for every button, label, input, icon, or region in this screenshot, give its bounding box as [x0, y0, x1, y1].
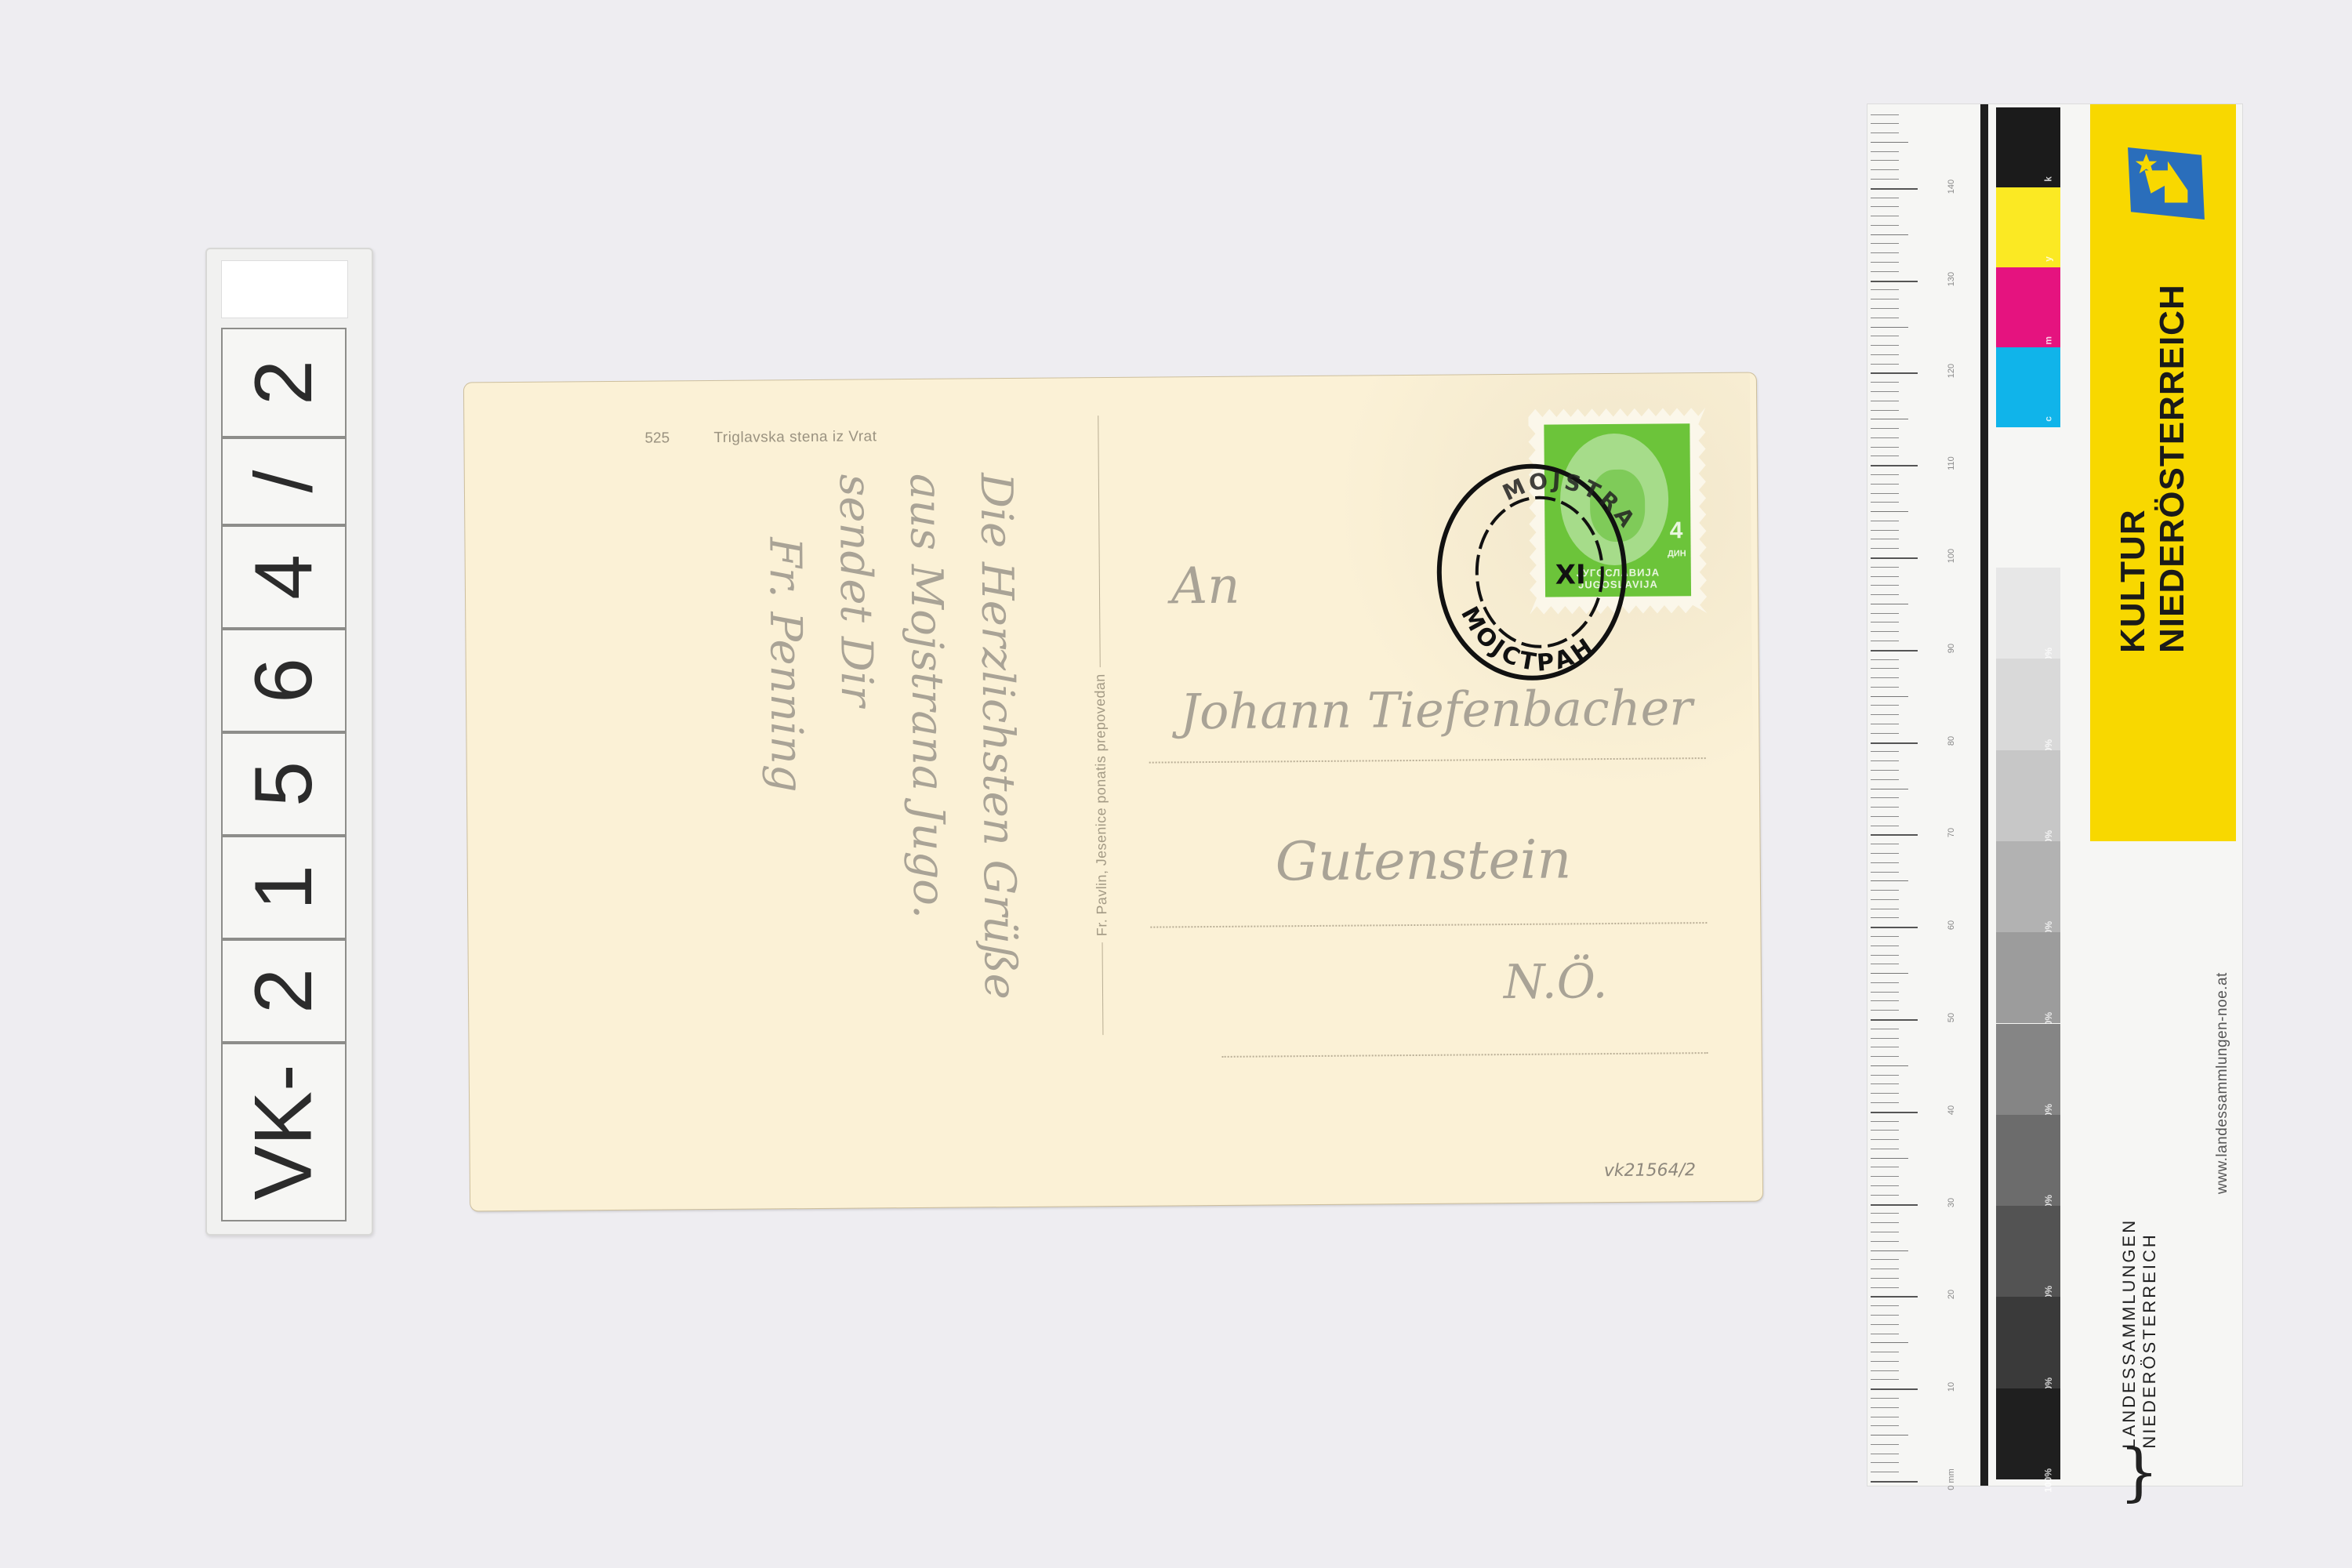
label-blank-slot: [221, 260, 348, 318]
ruler-tick: [1871, 216, 1899, 216]
stamp-value: 4: [1670, 517, 1683, 544]
cmyk-patch: y: [1996, 187, 2060, 267]
ruler-tick: [1871, 511, 1908, 512]
label-char-tile: VK-: [221, 1043, 347, 1221]
ruler-tick: [1871, 641, 1899, 641]
ruler-label: 0 mm: [1947, 1468, 1956, 1491]
ruler-tick: [1871, 114, 1899, 115]
label-char-tile: 1: [221, 836, 347, 939]
inventory-label-holder: 2 / 4 6 5 1 2 VK-: [205, 248, 373, 1236]
ruler-tick: [1871, 594, 1899, 595]
ruler-tick: [1871, 327, 1908, 328]
gray-patch: 100%: [1996, 1388, 2060, 1479]
label-char: VK-: [243, 1064, 325, 1200]
ruler-tick: [1871, 779, 1899, 780]
ruler-tick: [1871, 973, 1908, 974]
ruler-tick: [1871, 401, 1899, 401]
ruler-tick: [1871, 807, 1899, 808]
ruler-tick: [1871, 724, 1899, 724]
ruler-tick: [1871, 1269, 1899, 1269]
publisher-imprint: Fr. Pavlin, Jesenice ponatis prepovedan: [1092, 667, 1111, 942]
ruler-tick: [1871, 1454, 1899, 1454]
gray-patch: 80%: [1996, 1206, 2060, 1297]
brand-panel: KULTUR NIEDERÖSTERREICH: [2090, 104, 2236, 841]
ruler-tick: [1871, 659, 1899, 660]
ruler-tick: [1871, 650, 1918, 652]
ruler-tick: [1871, 539, 1899, 539]
ruler-tick: [1871, 1121, 1899, 1122]
ruler-tick: [1871, 816, 1899, 817]
address-region: N.Ö.: [1504, 954, 1608, 1010]
ruler-tick: [1871, 760, 1899, 761]
ruler-tick: [1871, 299, 1899, 299]
postcard-title: Triglavska stena iz Vrat: [713, 428, 877, 447]
ruler-tick: [1871, 262, 1899, 263]
label-char-tile: /: [221, 437, 347, 525]
ruler-tick: [1871, 1139, 1899, 1140]
ruler-tick: [1871, 1241, 1899, 1242]
handwritten-message: Die Herzlichsten Grüße aus Mojstrana Jug…: [583, 472, 1073, 1025]
ruler-label: 120: [1947, 359, 1956, 383]
ruler-tick: [1871, 1102, 1899, 1103]
gray-patch: 60%: [1996, 1024, 2060, 1115]
ruler-tick: [1871, 576, 1899, 577]
ruler-tick: [1871, 1361, 1899, 1362]
black-reference-bar: [1980, 104, 1988, 1486]
ruler-tick: [1871, 557, 1918, 559]
ruler-tick: [1871, 1176, 1899, 1177]
ruler-tick: [1871, 872, 1899, 873]
ruler-tick: [1871, 234, 1908, 235]
ruler-tick: [1871, 1195, 1899, 1196]
cmyk-patch: m: [1996, 267, 2060, 347]
stamp-currency: ДИН: [1668, 549, 1686, 558]
ruler-tick: [1871, 631, 1899, 632]
label-char: 1: [243, 865, 325, 910]
gray-patch: 30%: [1996, 750, 2060, 841]
ruler-tick: [1871, 946, 1899, 946]
ruler-tick: [1871, 1204, 1918, 1206]
ruler-tick: [1871, 797, 1899, 798]
ruler-tick: [1871, 271, 1899, 272]
message-line: sendet Dir: [829, 474, 882, 706]
label-char: 2: [243, 360, 325, 405]
ruler-tick: [1871, 206, 1899, 207]
gray-patch: 40%: [1996, 841, 2060, 932]
ruler-tick: [1871, 1213, 1899, 1214]
ruler-tick: [1871, 336, 1899, 336]
gray-patch: 70%: [1996, 1115, 2060, 1206]
pencil-inventory-note: vk21564/2: [1604, 1160, 1696, 1181]
ruler-label: 130: [1947, 267, 1956, 291]
ruler-tick: [1871, 521, 1899, 521]
ruler-tick: [1871, 890, 1899, 891]
ruler-tick: [1871, 604, 1908, 604]
ruler-tick: [1871, 770, 1899, 771]
ruler-tick: [1871, 1075, 1899, 1076]
institution-logo: } LANDESSAMMLUNGEN NIEDERÖSTERREICH: [2103, 1218, 2176, 1492]
ruler-tick: [1871, 1481, 1918, 1483]
ruler-tick: [1871, 474, 1899, 475]
ruler-tick: [1871, 484, 1899, 485]
ruler-tick: [1871, 391, 1899, 392]
ruler-tick: [1871, 622, 1899, 622]
label-char-tile: 2: [221, 328, 347, 437]
label-char-tile: 5: [221, 732, 347, 836]
postmark-date: XI: [1555, 559, 1586, 590]
ruler-tick: [1871, 1352, 1899, 1352]
ruler-tick: [1871, 1472, 1899, 1472]
ruler-tick: [1871, 354, 1899, 355]
address-salutation: An: [1171, 557, 1240, 616]
brand-text: KULTUR NIEDERÖSTERREICH: [2114, 284, 2192, 653]
ruler-tick: [1871, 1185, 1899, 1186]
ruler-tick: [1871, 1259, 1899, 1260]
ruler-tick: [1871, 1379, 1899, 1380]
institution-line-1: LANDESSAMMLUNGEN: [2119, 1218, 2140, 1449]
ruler-tick: [1871, 502, 1899, 503]
ruler-tick: [1871, 899, 1899, 900]
ruler-tick: [1871, 834, 1918, 836]
ruler-tick: [1871, 225, 1899, 226]
ruler-tick: [1871, 696, 1908, 697]
ruler-tick: [1871, 179, 1899, 180]
cmyk-patch: c: [1996, 347, 2060, 427]
ruler-tick: [1871, 1398, 1899, 1399]
ruler-tick: [1871, 198, 1899, 198]
address-town: Gutenstein: [1275, 829, 1571, 893]
ruler-tick: [1871, 1232, 1899, 1232]
ruler-tick: [1871, 1435, 1908, 1436]
ruler-tick: [1871, 1130, 1899, 1131]
ruler-tick: [1871, 1287, 1899, 1288]
ruler-tick: [1871, 1222, 1899, 1223]
ruler-tick: [1871, 1056, 1899, 1057]
ruler-tick: [1871, 964, 1899, 964]
ruler-tick: [1871, 1010, 1899, 1011]
ruler-label: 80: [1947, 729, 1956, 753]
postmark-top-text: MOJSTRANA: [1421, 446, 1635, 536]
ruler-tick: [1871, 1019, 1918, 1021]
ruler-tick: [1871, 1407, 1899, 1408]
ruler-tick: [1871, 1462, 1899, 1463]
institution-line-2: NIEDERÖSTERREICH: [2140, 1218, 2160, 1449]
ruler-tick: [1871, 493, 1899, 494]
ruler-tick: [1871, 1342, 1908, 1343]
ruler-tick: [1871, 613, 1899, 614]
ruler-label: 110: [1947, 452, 1956, 475]
ruler-label: 30: [1947, 1191, 1956, 1214]
postcard-back: 525 Triglavska stena iz Vrat Fr. Pavlin,…: [464, 373, 1762, 1211]
ruler-tick: [1871, 1093, 1899, 1094]
ruler-tick: [1871, 456, 1899, 456]
cmyk-patch: k: [1996, 107, 2060, 187]
ruler-tick: [1871, 419, 1908, 419]
gray-patch: 10%: [1996, 568, 2060, 659]
ruler-tick: [1871, 1167, 1899, 1167]
ruler-tick: [1871, 585, 1899, 586]
ruler-tick: [1871, 1296, 1918, 1298]
brand-line-2: NIEDERÖSTERREICH: [2153, 284, 2192, 653]
ruler-tick: [1871, 1149, 1899, 1149]
mm-ruler: 0 mm102030405060708090100110120130140: [1867, 104, 1976, 1486]
ruler-tick: [1871, 927, 1918, 928]
ruler-tick: [1871, 853, 1899, 854]
ruler-tick: [1871, 1038, 1899, 1039]
ruler-tick: [1871, 705, 1899, 706]
gray-patch: 90%: [1996, 1297, 2060, 1388]
label-char: 6: [243, 658, 325, 703]
ruler-tick: [1871, 281, 1918, 282]
ruler-label: 40: [1947, 1098, 1956, 1122]
ruler-tick: [1871, 1029, 1899, 1029]
address-line: [1222, 1052, 1708, 1058]
ruler-tick: [1871, 447, 1899, 448]
ruler-tick: [1871, 1305, 1899, 1306]
ruler-label: 50: [1947, 1006, 1956, 1029]
gray-patch: 50%: [1996, 932, 2060, 1023]
ruler-tick: [1871, 567, 1899, 568]
ruler-tick: [1871, 1370, 1899, 1371]
ruler-tick: [1871, 169, 1899, 170]
ruler-tick: [1871, 1047, 1899, 1047]
ruler-tick: [1871, 714, 1899, 715]
ruler-tick: [1871, 862, 1899, 863]
ruler-tick: [1871, 188, 1918, 190]
ruler-tick: [1871, 1083, 1899, 1084]
ruler-tick: [1871, 668, 1899, 669]
label-char-tile: 2: [221, 939, 347, 1043]
ruler-tick: [1871, 733, 1899, 734]
ruler-tick: [1871, 243, 1899, 244]
svg-text:MOJSTRANA: MOJSTRANA: [1421, 446, 1635, 536]
message-line: Die Herzlichsten Grüße: [971, 473, 1025, 1000]
ruler-tick: [1871, 1065, 1908, 1066]
label-char-tile: 4: [221, 525, 347, 629]
ruler-tick: [1871, 917, 1899, 918]
ruler-tick: [1871, 308, 1899, 309]
ruler-tick: [1871, 1324, 1899, 1325]
ruler-tick: [1871, 1334, 1899, 1334]
address-line: [1150, 922, 1707, 928]
ruler-tick: [1871, 289, 1899, 290]
ruler-tick: [1871, 132, 1899, 133]
ruler-tick: [1871, 742, 1918, 744]
ruler-tick: [1871, 428, 1899, 429]
ruler-label: 60: [1947, 913, 1956, 937]
ruler-tick: [1871, 437, 1899, 438]
ruler-tick: [1871, 1388, 1918, 1390]
ruler-tick: [1871, 1315, 1899, 1316]
ruler-label: 70: [1947, 821, 1956, 844]
ruler-tick: [1871, 318, 1899, 318]
ruler-tick: [1871, 1417, 1899, 1417]
ruler-tick: [1871, 382, 1899, 383]
ruler-tick: [1871, 909, 1899, 909]
ruler-tick: [1871, 789, 1908, 789]
ruler-tick: [1871, 677, 1899, 678]
ruler-tick: [1871, 1425, 1899, 1426]
label-char: 4: [243, 554, 325, 600]
ruler-tick: [1871, 992, 1899, 993]
ruler-label: 100: [1947, 544, 1956, 568]
ruler-tick: [1871, 465, 1918, 466]
brand-line-1: KULTUR: [2114, 284, 2153, 653]
ruler-tick: [1871, 982, 1899, 983]
ruler-tick: [1871, 955, 1899, 956]
ruler-tick: [1871, 936, 1899, 937]
postmark-cancellation: МОЈСТРАНА MOJSTRANA XI: [1421, 446, 1635, 691]
label-char: 2: [243, 968, 325, 1014]
ruler-tick: [1871, 1444, 1899, 1445]
ruler-tick: [1871, 530, 1899, 531]
brace-icon: }: [2119, 1436, 2159, 1508]
ruler-tick: [1871, 252, 1899, 253]
ruler-tick: [1871, 410, 1899, 411]
label-char: /: [243, 470, 325, 493]
postmark-circle-icon: МОЈСТРАНА MOJSTRANA XI: [1421, 446, 1635, 691]
noe-logo-icon: [2128, 147, 2205, 220]
ruler-tick: [1871, 1000, 1899, 1001]
ruler-label: 90: [1947, 637, 1956, 660]
website-url: www.landessammlungen-noe.at: [2214, 972, 2231, 1194]
ruler-tick: [1871, 1250, 1908, 1251]
ruler-tick: [1871, 687, 1899, 688]
ruler-label: 20: [1947, 1283, 1956, 1306]
gray-patch: 20%: [1996, 659, 2060, 750]
ruler-tick: [1871, 751, 1899, 752]
ruler-tick: [1871, 142, 1908, 143]
ruler-tick: [1871, 372, 1918, 374]
ruler-tick: [1871, 345, 1899, 346]
message-line: aus Mojstrana Jugo.: [900, 474, 954, 919]
postcard-number: 525: [644, 430, 670, 447]
ruler-tick: [1871, 1278, 1899, 1279]
ruler-tick: [1871, 364, 1899, 365]
ruler-tick: [1871, 160, 1899, 161]
color-reference-card: 0 mm102030405060708090100110120130140 ky…: [1867, 104, 2242, 1486]
ruler-tick: [1871, 548, 1899, 549]
ruler-tick: [1871, 844, 1899, 844]
ruler-label: 140: [1947, 175, 1956, 198]
message-signature: Fr. Penning: [759, 537, 812, 793]
ruler-tick: [1871, 123, 1899, 124]
label-char-tile: 6: [221, 629, 347, 732]
ruler-tick: [1871, 880, 1908, 881]
ruler-label: 10: [1947, 1375, 1956, 1399]
label-char: 5: [243, 761, 325, 807]
ruler-tick: [1871, 1112, 1918, 1113]
ruler-tick: [1871, 826, 1899, 826]
ruler-tick: [1871, 151, 1899, 152]
ruler-tick: [1871, 1158, 1908, 1159]
